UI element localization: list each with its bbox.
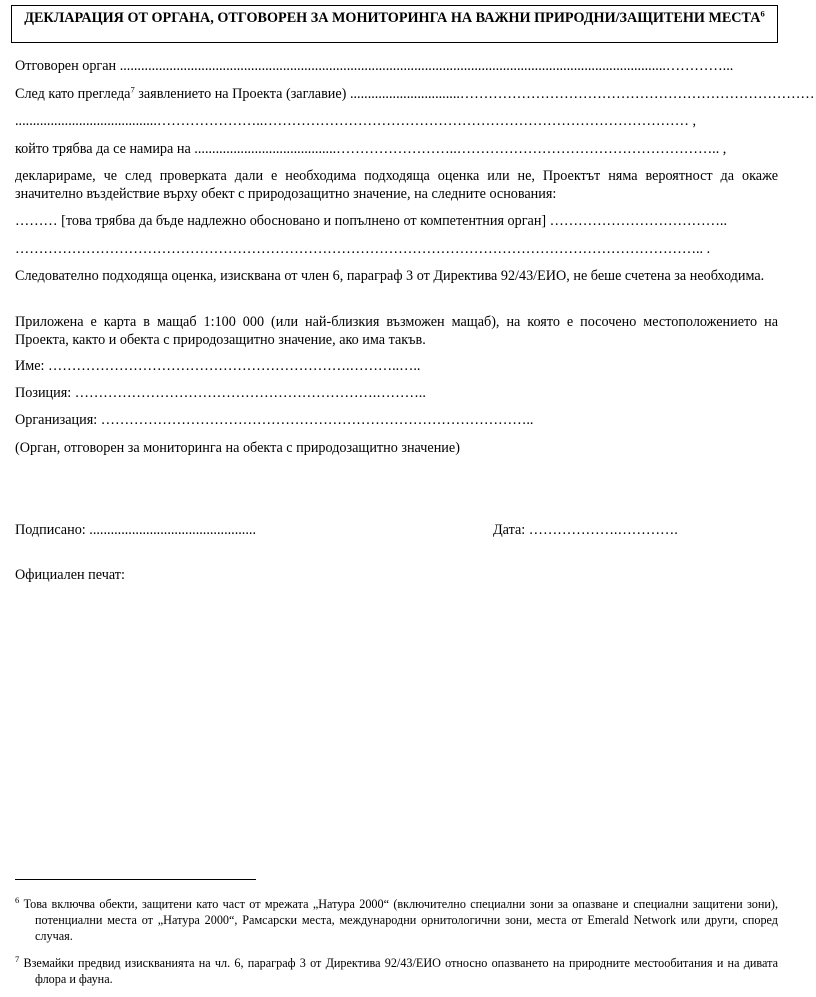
project-title-continuation: ........................................… — [15, 113, 778, 130]
name-label: Име: — [15, 358, 44, 374]
title-footnote-ref: 6 — [761, 8, 765, 18]
authority-note: (Орган, отговорен за мониторинга на обек… — [15, 440, 778, 457]
declaration-paragraph: декларираме, че след проверката дали е н… — [15, 167, 778, 203]
footnote-7-number: 7 — [15, 954, 19, 964]
organization-label: Организация: — [15, 412, 97, 428]
title-text: ДЕКЛАРАЦИЯ ОТ ОРГАНА, ОТГОВОРЕН ЗА МОНИТ… — [24, 10, 760, 26]
location-label: който трябва да се намира на — [15, 141, 191, 157]
responsible-body-field: Отговорен орган ........................… — [15, 58, 778, 75]
location-field: който трябва да се намира на ...........… — [15, 141, 778, 158]
position-blank[interactable]: ……………………………………………………….……….. — [71, 385, 426, 401]
footnote-7: 7 Вземайки предвид изискванията на чл. 6… — [15, 955, 778, 987]
responsible-body-blank[interactable]: ........................................… — [116, 58, 733, 74]
conclusion-paragraph: Следователно подходяща оценка, изисквана… — [15, 267, 778, 285]
justification-continuation[interactable]: …………………………………………………………………………………………………………… — [15, 241, 778, 258]
project-title-field: След като прегледа7 заявлението на Проек… — [15, 86, 778, 103]
project-title-label: заявлението на Проекта (заглавие) — [135, 86, 347, 102]
responsible-body-label: Отговорен орган — [15, 58, 116, 74]
signed-label: Подписано: — [15, 522, 86, 538]
footnote-7-text: Вземайки предвид изискванията на чл. 6, … — [23, 956, 778, 986]
map-paragraph: Приложена е карта в мащаб 1:100 000 (или… — [15, 313, 778, 349]
name-field: Име: ……………………………………………………….………..….. — [15, 358, 778, 375]
footnote-6: 6 Това включва обекти, защитени като час… — [15, 896, 778, 944]
position-label: Позиция: — [15, 385, 71, 401]
location-blank[interactable]: ........................................… — [191, 141, 727, 157]
position-field: Позиция: ……………………………………………………….……….. — [15, 385, 778, 402]
project-title-continuation-blank[interactable]: ........................................… — [15, 113, 696, 129]
signed-field: Подписано: .............................… — [15, 522, 415, 539]
project-title-blank[interactable]: ...............................………………………… — [346, 86, 816, 102]
footnote-6-text: Това включва обекти, защитени като част … — [24, 897, 778, 943]
date-blank[interactable]: ……………….…………. — [525, 522, 678, 538]
organization-blank[interactable]: ……………………………………………………………………………….. — [97, 412, 533, 428]
name-blank[interactable]: ……………………………………………………….………..….. — [44, 358, 420, 374]
document-title: ДЕКЛАРАЦИЯ ОТ ОРГАНА, ОТГОВОРЕН ЗА МОНИТ… — [11, 5, 778, 43]
justification-line[interactable]: ……… [това трябва да бъде надлежно обосно… — [15, 213, 778, 230]
date-field: Дата: ……………….…………. — [493, 522, 778, 539]
footnote-separator — [15, 879, 256, 880]
footnote-6-number: 6 — [15, 895, 19, 905]
date-label: Дата: — [493, 522, 525, 538]
official-stamp-label: Официален печат: — [15, 567, 778, 584]
organization-field: Организация: ………………………………………………………………………… — [15, 412, 778, 429]
signed-blank[interactable]: ........................................… — [86, 522, 256, 538]
after-review-label: След като прегледа — [15, 86, 130, 102]
